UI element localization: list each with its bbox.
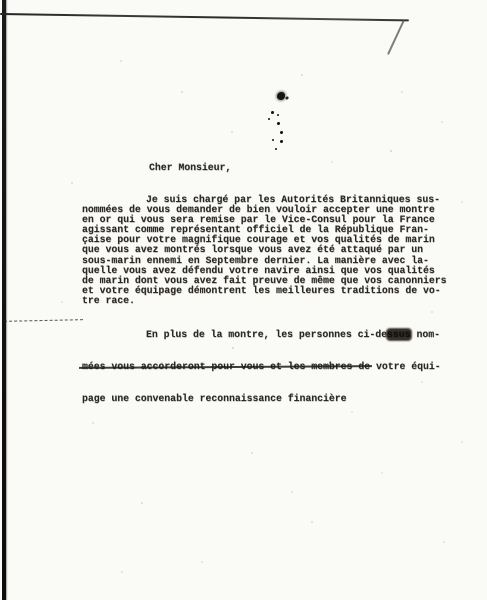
ink-blot <box>271 111 274 114</box>
letter-line: tre race. <box>82 296 462 306</box>
corner-diagonal-mark <box>387 20 405 55</box>
strike-extension-line <box>4 319 83 322</box>
ink-blot <box>277 122 280 125</box>
strikethrough-text: mées vous accorderont pour vous et les m… <box>82 362 370 373</box>
ink-blot <box>277 114 279 116</box>
letter-line: page une convenable reconnaissance finan… <box>82 394 462 405</box>
letter-paragraph-1: Je suis chargé par les Autorités Britann… <box>82 195 462 306</box>
line-text: nom- <box>411 329 440 340</box>
scan-noise-speckles <box>0 0 2 2</box>
line-text: votre équi- <box>370 361 441 372</box>
letter-line: et votre équipage démontrent les meilleu… <box>82 286 462 296</box>
scanned-letter-page: Cher Monsieur, Je suis chargé par les Au… <box>0 0 487 600</box>
letter-line: En plus de la montre, les personnes ci-d… <box>82 330 462 341</box>
ink-blot <box>272 139 274 141</box>
letter-paragraph-2: En plus de la montre, les personnes ci-d… <box>82 309 462 426</box>
page-left-edge-line <box>2 0 6 600</box>
ink-blot <box>280 140 283 143</box>
line-text: En plus de la montre, les personnes ci-d… <box>146 329 387 340</box>
ink-blot <box>268 118 270 120</box>
smudged-word: ssus <box>387 329 411 340</box>
ink-blot <box>280 131 283 134</box>
letter-greeting: Cher Monsieur, <box>149 163 231 173</box>
letter-line: mées vous accorderont pour vous et les m… <box>82 362 462 373</box>
top-fold-line <box>0 13 409 22</box>
ink-blot <box>275 148 277 150</box>
ink-blot <box>277 92 285 100</box>
